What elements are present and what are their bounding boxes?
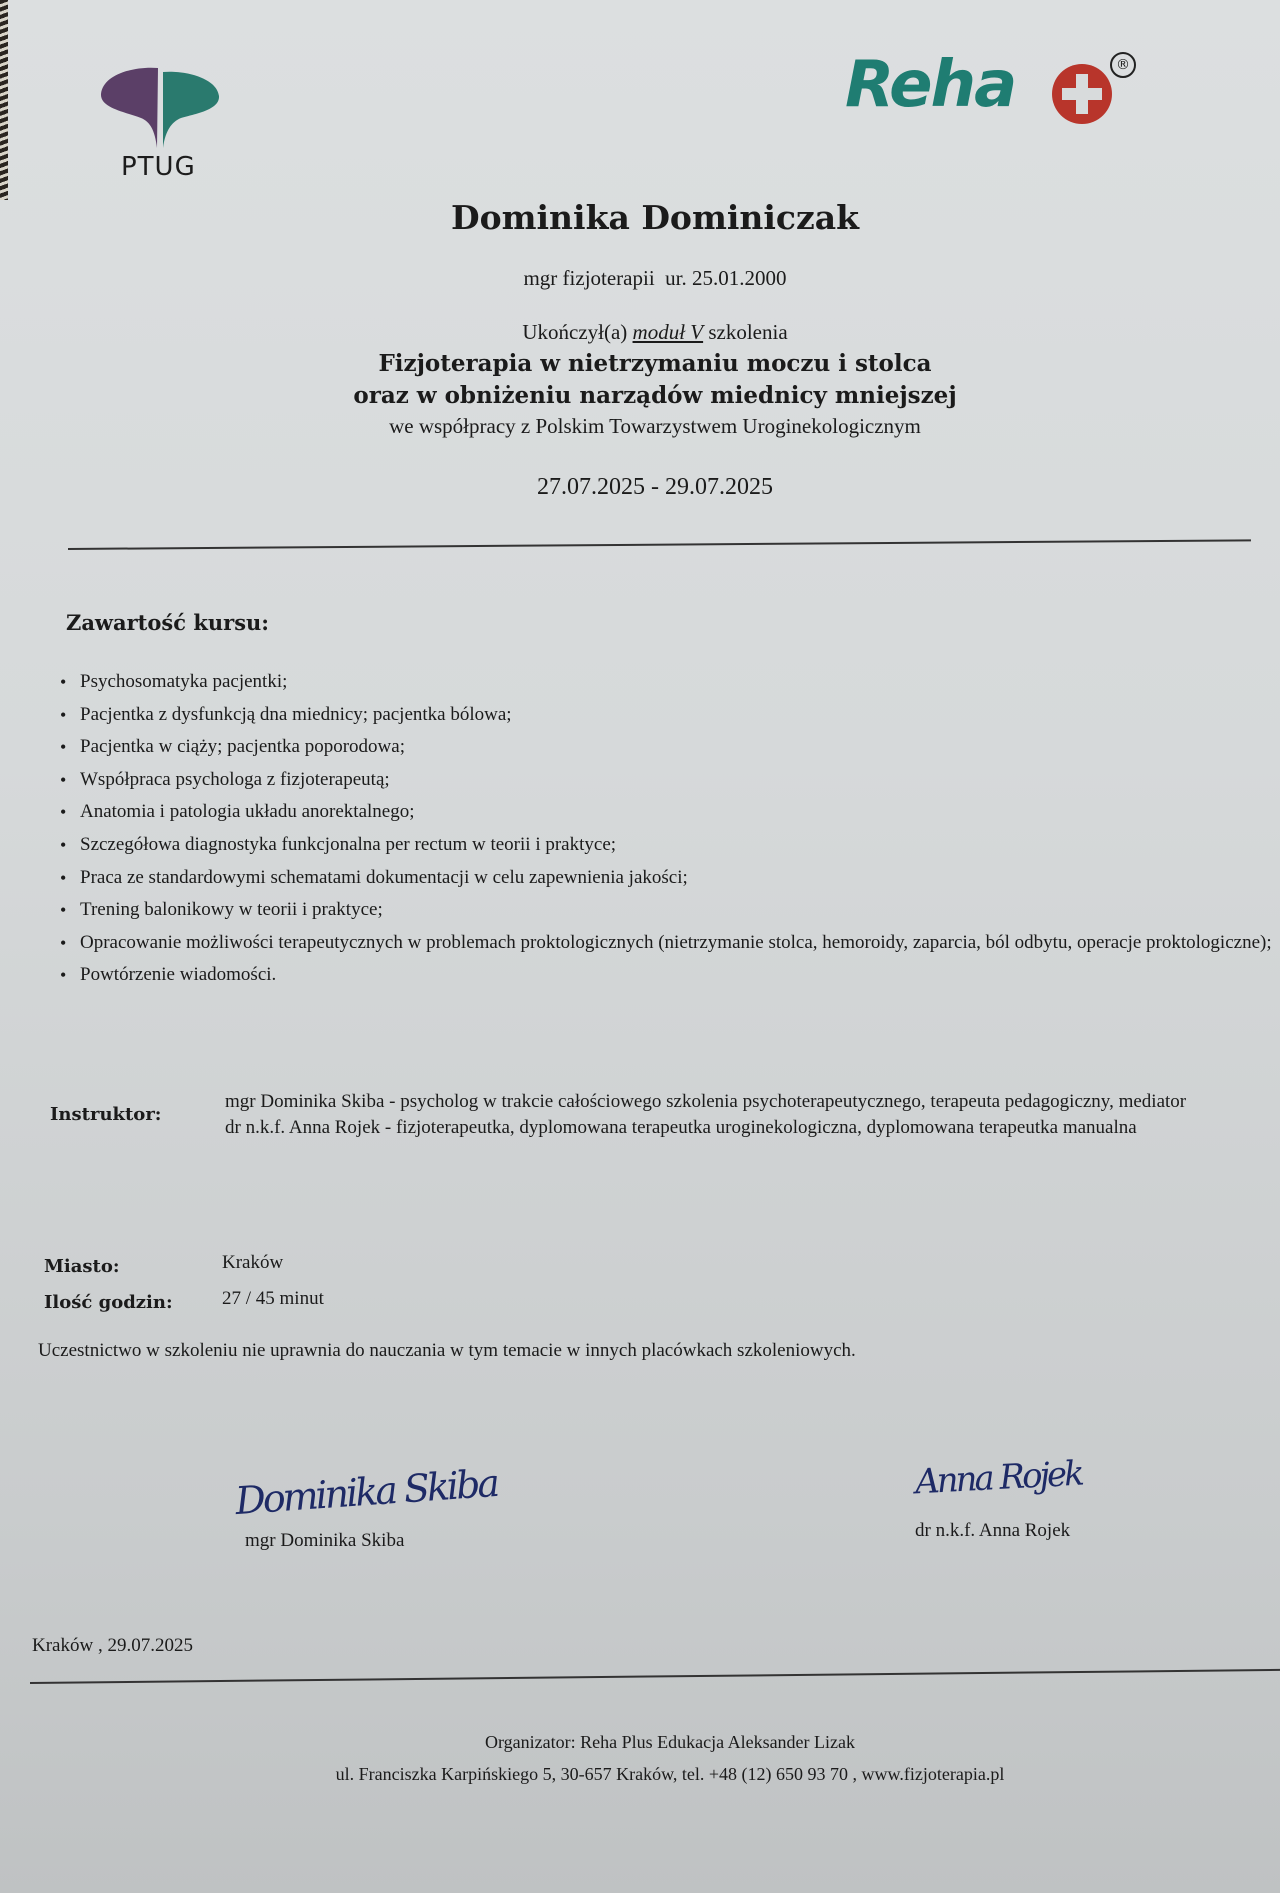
city-label: Miasto: [44, 1256, 120, 1277]
completed-suffix: szkolenia [708, 320, 787, 344]
completion-line: Ukończył(a) moduł V szkolenia [0, 320, 1280, 345]
ptug-logo: PTUG [95, 60, 225, 185]
plus-circle-icon [1052, 64, 1112, 124]
list-item: Współpraca psychologa z fizjoterapeutą; [60, 764, 1275, 797]
disclaimer-note: Uczestnictwo w szkoleniu nie uprawnia do… [38, 1340, 856, 1362]
degree-birthdate: mgr fizjoterapii ur. 25.01.2000 [0, 266, 1280, 291]
list-item: Pacjentka z dysfunkcją dna miednicy; pac… [60, 699, 1275, 732]
divider [30, 1669, 1280, 1684]
list-item: Powtórzenie wiadomości. [60, 959, 1275, 992]
instructor-entry: mgr Dominika Skiba - psycholog w trakcie… [225, 1090, 1245, 1113]
list-item: Trening balonikowy w teorii i praktyce; [60, 894, 1275, 927]
ptug-leaf-icon [95, 60, 225, 155]
city-value: Kraków [222, 1252, 283, 1274]
signature-rojek: Anna Rojek [914, 1454, 1083, 1503]
reha-logo-text: Reha [845, 48, 1015, 122]
signer-name-right: dr n.k.f. Anna Rojek [915, 1520, 1070, 1542]
place-and-date: Kraków , 29.07.2025 [32, 1635, 193, 1657]
completed-prefix: Ukończył(a) [522, 320, 627, 344]
course-title-line-2: oraz w obniżeniu narządów miednicy mniej… [0, 382, 1280, 409]
content-title: Zawartość kursu: [66, 610, 269, 635]
signer-name-left: mgr Dominika Skiba [245, 1530, 404, 1552]
hours-label: Ilość godzin: [44, 1292, 173, 1313]
list-item: Anatomia i patologia układu anorektalneg… [60, 796, 1275, 829]
address-line: ul. Franciszka Karpińskiego 5, 30-657 Kr… [0, 1764, 1280, 1785]
course-dates: 27.07.2025 - 29.07.2025 [0, 474, 1280, 501]
module-name: moduł V [633, 320, 704, 344]
instructor-label: Instruktor: [50, 1104, 161, 1125]
course-content-list: Psychosomatyka pacjentki; Pacjentka z dy… [60, 666, 1275, 992]
registered-mark: ® [1110, 52, 1136, 78]
ptug-logo-text: PTUG [121, 152, 196, 182]
list-item: Pacjentka w ciąży; pacjentka poporodowa; [60, 731, 1275, 764]
cooperation-line: we współpracy z Polskim Towarzystwem Uro… [0, 414, 1280, 439]
recipient-name: Dominika Dominiczak [0, 198, 1280, 237]
list-item: Szczegółowa diagnostyka funkcjonalna per… [60, 829, 1275, 862]
list-item: Opracowanie możliwości terapeutycznych w… [60, 927, 1275, 960]
list-item: Psychosomatyka pacjentki; [60, 666, 1275, 699]
instructor-entry: dr n.k.f. Anna Rojek - fizjoterapeutka, … [225, 1116, 1245, 1139]
organizer-line: Organizator: Reha Plus Edukacja Aleksand… [0, 1732, 1280, 1753]
signature-skiba: Dominika Skiba [234, 1461, 499, 1523]
instructor-list: mgr Dominika Skiba - psycholog w trakcie… [225, 1090, 1245, 1142]
reha-plus-logo: Reha ® [845, 48, 1145, 128]
list-item: Praca ze standardowymi schematami dokume… [60, 862, 1275, 895]
course-title-line-1: Fizjoterapia w nietrzymaniu moczu i stol… [0, 350, 1280, 377]
divider [68, 539, 1251, 550]
binder-edge [0, 0, 8, 200]
hours-value: 27 / 45 minut [222, 1288, 324, 1310]
